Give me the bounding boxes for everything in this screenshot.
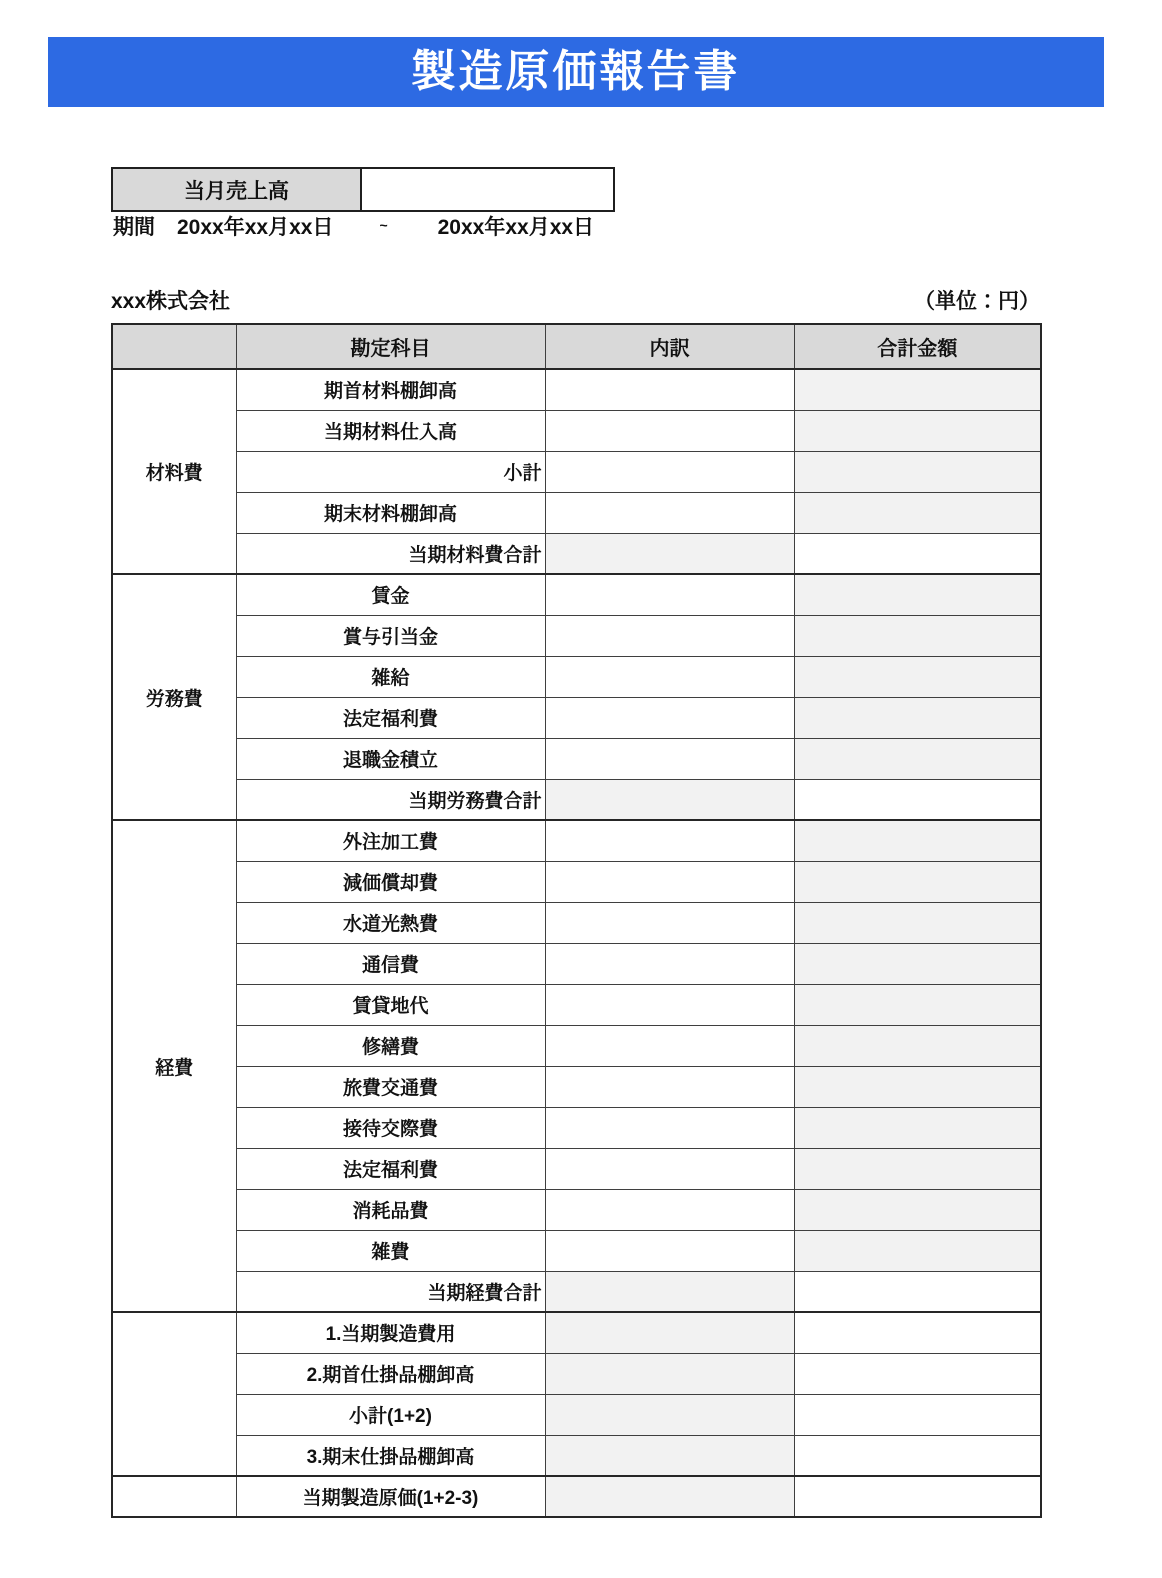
account-label-cell: 法定福利費 [236, 697, 545, 738]
company-name: xxx株式会社 [111, 289, 230, 315]
cost-table: 勘定科目 内訳 合計金額 材料費期首材料棚卸高当期材料仕入高小計期末材料棚卸高当… [111, 323, 1042, 1518]
breakdown-value-cell[interactable] [545, 1025, 794, 1066]
breakdown-value-cell[interactable] [545, 533, 794, 574]
account-label-cell: 当期材料仕入高 [236, 410, 545, 451]
account-label-cell: 当期材料費合計 [236, 533, 545, 574]
table-row: 当期製造原価(1+2-3) [112, 1476, 1041, 1517]
account-label-cell: 法定福利費 [236, 1148, 545, 1189]
account-label-cell: 小計(1+2) [236, 1394, 545, 1435]
breakdown-value-cell[interactable] [545, 1435, 794, 1476]
header-total-cell: 合計金額 [794, 324, 1041, 369]
account-label-cell: 2.期首仕掛品棚卸高 [236, 1353, 545, 1394]
total-value-cell[interactable] [794, 943, 1041, 984]
table-row: 修繕費 [112, 1025, 1041, 1066]
table-row: 水道光熱費 [112, 902, 1041, 943]
breakdown-value-cell[interactable] [545, 1148, 794, 1189]
table-row: 期末材料棚卸高 [112, 492, 1041, 533]
total-value-cell[interactable] [794, 779, 1041, 820]
account-label-cell: 消耗品費 [236, 1189, 545, 1230]
total-value-cell[interactable] [794, 410, 1041, 451]
table-row: 小計 [112, 451, 1041, 492]
account-label-cell: 修繕費 [236, 1025, 545, 1066]
period-separator: ~ [379, 211, 387, 239]
total-value-cell[interactable] [794, 1394, 1041, 1435]
period-end-date: 20xx年xx月xx日 [438, 214, 594, 242]
account-label-cell: 接待交際費 [236, 1107, 545, 1148]
table-row: 退職金積立 [112, 738, 1041, 779]
header-category-cell [112, 324, 236, 369]
table-row: 法定福利費 [112, 697, 1041, 738]
table-row: 当期材料仕入高 [112, 410, 1041, 451]
total-value-cell[interactable] [794, 1148, 1041, 1189]
total-value-cell[interactable] [794, 1107, 1041, 1148]
account-label-cell: 通信費 [236, 943, 545, 984]
total-value-cell[interactable] [794, 861, 1041, 902]
period-line: 期間 20xx年xx月xx日 ~ 20xx年xx月xx日 [113, 214, 594, 242]
report-page: 製造原価報告書 当月売上高 期間 20xx年xx月xx日 ~ 20xx年xx月x… [0, 0, 1162, 1578]
total-value-cell[interactable] [794, 574, 1041, 615]
total-value-cell[interactable] [794, 492, 1041, 533]
account-label-cell: 減価償却費 [236, 861, 545, 902]
table-row: 1.当期製造費用 [112, 1312, 1041, 1353]
breakdown-value-cell[interactable] [545, 1312, 794, 1353]
total-value-cell[interactable] [794, 451, 1041, 492]
breakdown-value-cell[interactable] [545, 902, 794, 943]
category-cell [112, 1312, 236, 1476]
breakdown-value-cell[interactable] [545, 1476, 794, 1517]
table-row: 当期材料費合計 [112, 533, 1041, 574]
account-label-cell: 賃貸地代 [236, 984, 545, 1025]
breakdown-value-cell[interactable] [545, 820, 794, 861]
account-label-cell: 当期労務費合計 [236, 779, 545, 820]
account-label-cell: 小計 [236, 451, 545, 492]
breakdown-value-cell[interactable] [545, 984, 794, 1025]
monthly-sales-value-cell[interactable] [362, 169, 613, 210]
header-breakdown-cell: 内訳 [545, 324, 794, 369]
header-account-cell: 勘定科目 [236, 324, 545, 369]
table-row: 法定福利費 [112, 1148, 1041, 1189]
breakdown-value-cell[interactable] [545, 369, 794, 410]
breakdown-value-cell[interactable] [545, 410, 794, 451]
page-title: 製造原価報告書 [412, 50, 741, 94]
breakdown-value-cell[interactable] [545, 1353, 794, 1394]
total-value-cell[interactable] [794, 902, 1041, 943]
account-label-cell: 期首材料棚卸高 [236, 369, 545, 410]
breakdown-value-cell[interactable] [545, 943, 794, 984]
total-value-cell[interactable] [794, 1435, 1041, 1476]
total-value-cell[interactable] [794, 1066, 1041, 1107]
table-row: 減価償却費 [112, 861, 1041, 902]
table-row: 雑給 [112, 656, 1041, 697]
monthly-sales-label: 当月売上高 [113, 169, 362, 210]
total-value-cell[interactable] [794, 1271, 1041, 1312]
category-cell: 材料費 [112, 369, 236, 574]
breakdown-value-cell[interactable] [545, 492, 794, 533]
table-row: 小計(1+2) [112, 1394, 1041, 1435]
account-label-cell: 雑費 [236, 1230, 545, 1271]
account-label-cell: 3.期末仕掛品棚卸高 [236, 1435, 545, 1476]
breakdown-value-cell[interactable] [545, 1271, 794, 1312]
breakdown-value-cell[interactable] [545, 1189, 794, 1230]
table-row: 労務費賃金 [112, 574, 1041, 615]
total-value-cell[interactable] [794, 533, 1041, 574]
table-row: 当期労務費合計 [112, 779, 1041, 820]
account-label-cell: 賞与引当金 [236, 615, 545, 656]
table-section: 1.当期製造費用2.期首仕掛品棚卸高小計(1+2)3.期末仕掛品棚卸高 [112, 1312, 1041, 1476]
account-label-cell: 雑給 [236, 656, 545, 697]
total-value-cell[interactable] [794, 1230, 1041, 1271]
breakdown-value-cell[interactable] [545, 1230, 794, 1271]
total-value-cell[interactable] [794, 369, 1041, 410]
table-row: 3.期末仕掛品棚卸高 [112, 1435, 1041, 1476]
account-label-cell: 外注加工費 [236, 820, 545, 861]
period-start-date: 20xx年xx月xx日 [177, 214, 333, 242]
table-row: 経費外注加工費 [112, 820, 1041, 861]
total-value-cell[interactable] [794, 820, 1041, 861]
total-value-cell[interactable] [794, 1025, 1041, 1066]
table-section: 当期製造原価(1+2-3) [112, 1476, 1041, 1517]
title-bar: 製造原価報告書 [48, 37, 1104, 107]
cost-table-head: 勘定科目 内訳 合計金額 [112, 324, 1041, 369]
table-section: 経費外注加工費減価償却費水道光熱費通信費賃貸地代修繕費旅費交通費接待交際費法定福… [112, 820, 1041, 1312]
company-row: xxx株式会社 （単位：円） [111, 289, 1040, 315]
category-cell: 労務費 [112, 574, 236, 820]
account-label-cell: 水道光熱費 [236, 902, 545, 943]
table-row: 2.期首仕掛品棚卸高 [112, 1353, 1041, 1394]
breakdown-value-cell[interactable] [545, 656, 794, 697]
table-row: 消耗品費 [112, 1189, 1041, 1230]
breakdown-value-cell[interactable] [545, 615, 794, 656]
period-label: 期間 [113, 214, 155, 242]
breakdown-value-cell[interactable] [545, 697, 794, 738]
account-label-cell: 賃金 [236, 574, 545, 615]
total-value-cell[interactable] [794, 697, 1041, 738]
total-value-cell[interactable] [794, 615, 1041, 656]
breakdown-value-cell[interactable] [545, 574, 794, 615]
table-row: 接待交際費 [112, 1107, 1041, 1148]
table-row: 当期経費合計 [112, 1271, 1041, 1312]
account-label-cell: 当期製造原価(1+2-3) [236, 1476, 545, 1517]
account-label-cell: 1.当期製造費用 [236, 1312, 545, 1353]
table-row: 賞与引当金 [112, 615, 1041, 656]
table-section: 労務費賃金賞与引当金雑給法定福利費退職金積立当期労務費合計 [112, 574, 1041, 820]
breakdown-value-cell[interactable] [545, 738, 794, 779]
category-cell [112, 1476, 236, 1517]
table-row: 賃貸地代 [112, 984, 1041, 1025]
total-value-cell[interactable] [794, 984, 1041, 1025]
table-row: 通信費 [112, 943, 1041, 984]
monthly-sales-table: 当月売上高 [111, 167, 615, 212]
total-value-cell[interactable] [794, 1189, 1041, 1230]
table-row: 材料費期首材料棚卸高 [112, 369, 1041, 410]
account-label-cell: 退職金積立 [236, 738, 545, 779]
total-value-cell[interactable] [794, 738, 1041, 779]
unit-note: （単位：円） [914, 289, 1040, 315]
table-section: 材料費期首材料棚卸高当期材料仕入高小計期末材料棚卸高当期材料費合計 [112, 369, 1041, 574]
total-value-cell[interactable] [794, 1476, 1041, 1517]
account-label-cell: 旅費交通費 [236, 1066, 545, 1107]
header-row: 勘定科目 内訳 合計金額 [112, 324, 1041, 369]
total-value-cell[interactable] [794, 1312, 1041, 1353]
total-value-cell[interactable] [794, 1353, 1041, 1394]
table-row: 旅費交通費 [112, 1066, 1041, 1107]
total-value-cell[interactable] [794, 656, 1041, 697]
breakdown-value-cell[interactable] [545, 451, 794, 492]
breakdown-value-cell[interactable] [545, 1107, 794, 1148]
breakdown-value-cell[interactable] [545, 1066, 794, 1107]
breakdown-value-cell[interactable] [545, 779, 794, 820]
category-cell: 経費 [112, 820, 236, 1312]
account-label-cell: 当期経費合計 [236, 1271, 545, 1312]
account-label-cell: 期末材料棚卸高 [236, 492, 545, 533]
breakdown-value-cell[interactable] [545, 1394, 794, 1435]
table-row: 雑費 [112, 1230, 1041, 1271]
breakdown-value-cell[interactable] [545, 861, 794, 902]
